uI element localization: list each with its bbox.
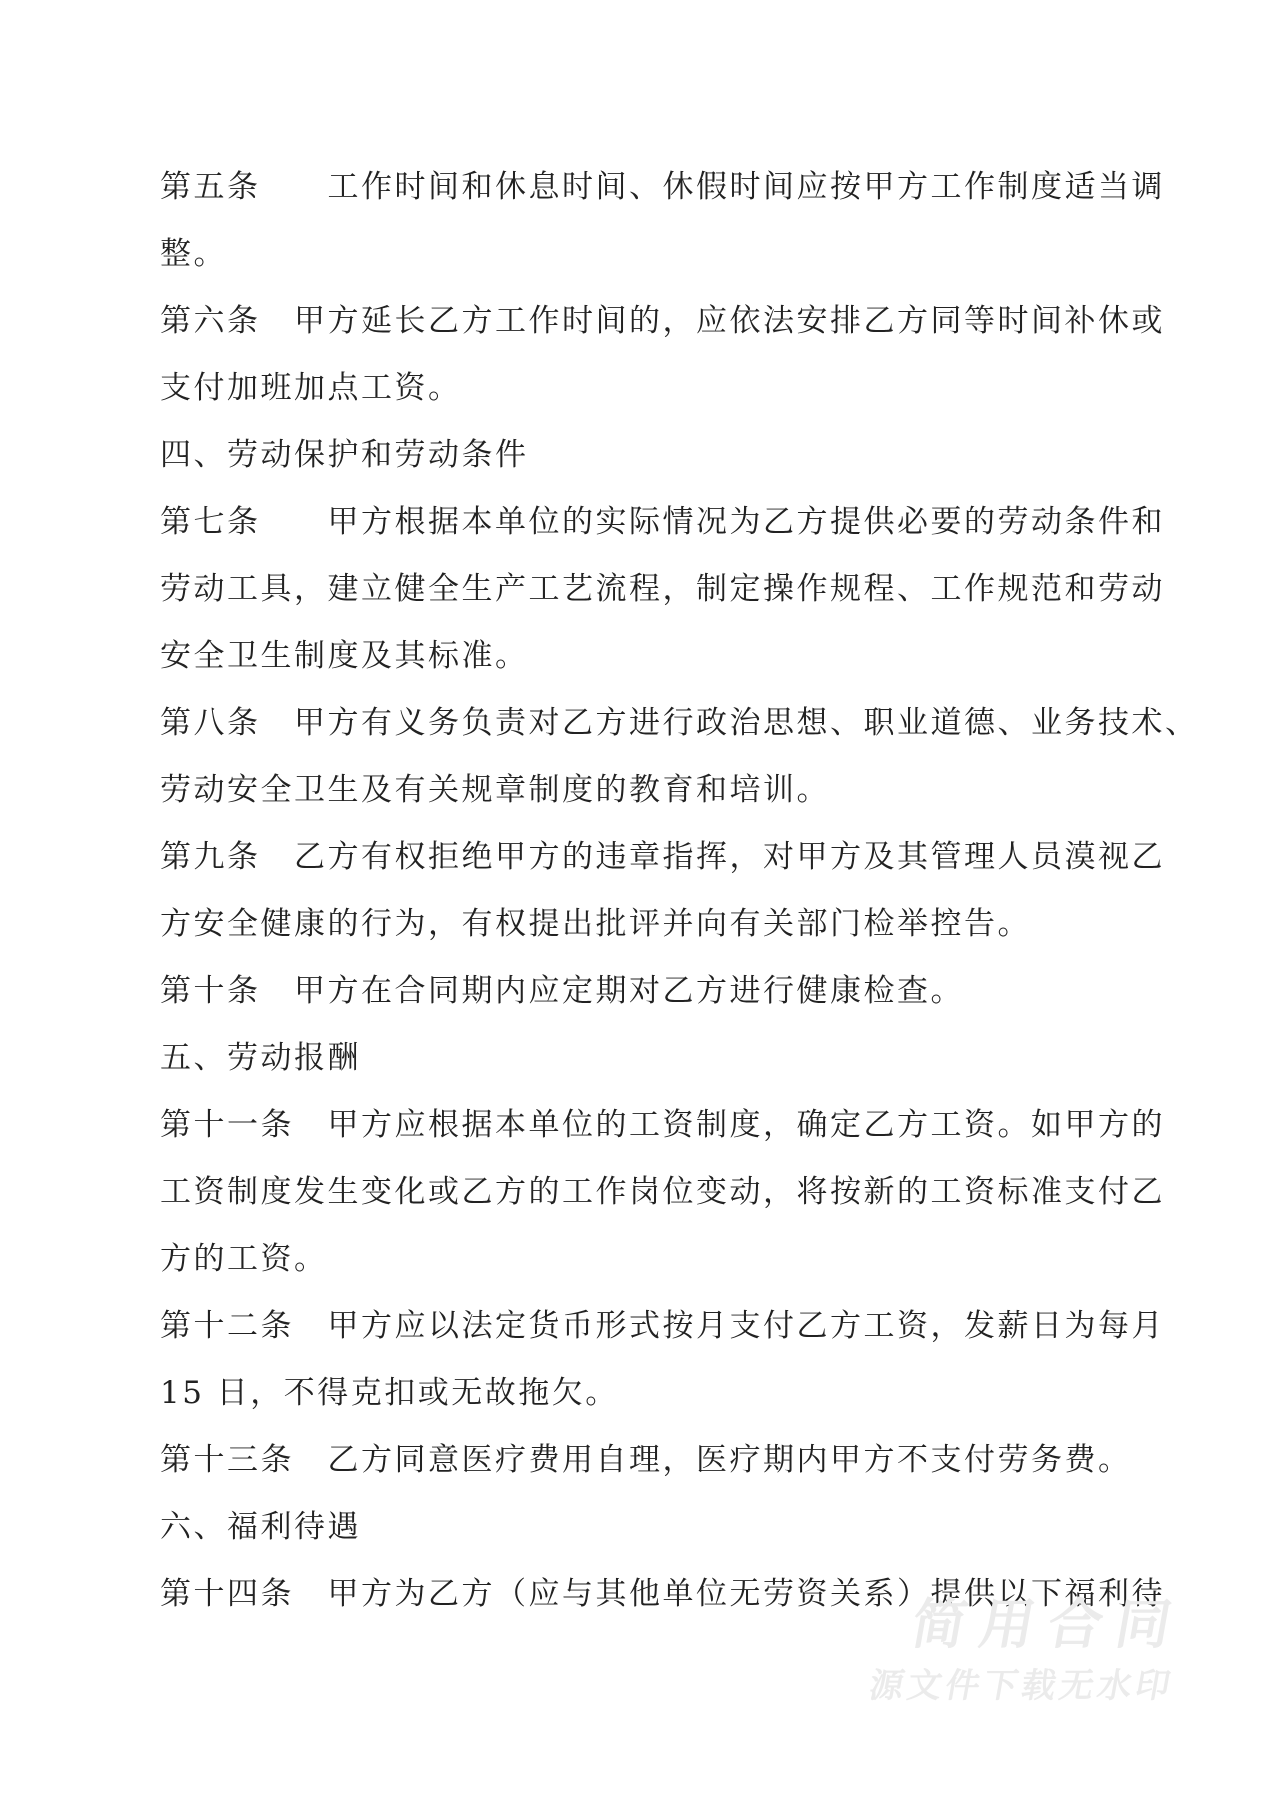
watermark-subtitle: 源文件下载无水印 <box>866 1668 1176 1704</box>
text-line: 第八条 甲方有义务负责对乙方进行政治思想、职业道德、业务技术、 <box>160 690 1160 757</box>
section-heading-line: 四、劳动保护和劳动条件 <box>160 422 1160 489</box>
text-line: 工资制度发生变化或乙方的工作岗位变动，将按新的工资标准支付乙 <box>160 1159 1160 1226</box>
text-line: 第六条 甲方延长乙方工作时间的，应依法安排乙方同等时间补休或 <box>160 288 1160 355</box>
text-line: 第七条 甲方根据本单位的实际情况为乙方提供必要的劳动条件和 <box>160 489 1160 556</box>
text-line: 第五条 工作时间和休息时间、休假时间应按甲方工作制度适当调 <box>160 154 1160 221</box>
contract-body: 第五条 工作时间和休息时间、休假时间应按甲方工作制度适当调 整。 第六条 甲方延… <box>160 154 1160 1628</box>
text-line: 支付加班加点工资。 <box>160 355 1160 422</box>
text-line: 第十三条 乙方同意医疗费用自理，医疗期内甲方不支付劳务费。 <box>160 1427 1160 1494</box>
text-line: 第十二条 甲方应以法定货币形式按月支付乙方工资，发薪日为每月 <box>160 1293 1160 1360</box>
section-heading-line: 六、福利待遇 <box>160 1494 1160 1561</box>
text-line: 第十条 甲方在合同期内应定期对乙方进行健康检查。 <box>160 958 1160 1025</box>
text-line: 整。 <box>160 221 1160 288</box>
text-line: 15 日，不得克扣或无故拖欠。 <box>160 1360 1160 1427</box>
text-line: 第十四条 甲方为乙方（应与其他单位无劳资关系）提供以下福利待 <box>160 1561 1160 1628</box>
text-line: 劳动安全卫生及有关规章制度的教育和培训。 <box>160 757 1160 824</box>
text-line: 第九条 乙方有权拒绝甲方的违章指挥，对甲方及其管理人员漠视乙 <box>160 824 1160 891</box>
text-line: 安全卫生制度及其标准。 <box>160 623 1160 690</box>
text-line: 第十一条 甲方应根据本单位的工资制度，确定乙方工资。如甲方的 <box>160 1092 1160 1159</box>
section-heading-line: 五、劳动报酬 <box>160 1025 1160 1092</box>
text-line: 方的工资。 <box>160 1226 1160 1293</box>
document-page: 第五条 工作时间和休息时间、休假时间应按甲方工作制度适当调 整。 第六条 甲方延… <box>0 0 1280 1810</box>
text-line: 方安全健康的行为，有权提出批评并向有关部门检举控告。 <box>160 891 1160 958</box>
text-line: 劳动工具，建立健全生产工艺流程，制定操作规程、工作规范和劳动 <box>160 556 1160 623</box>
